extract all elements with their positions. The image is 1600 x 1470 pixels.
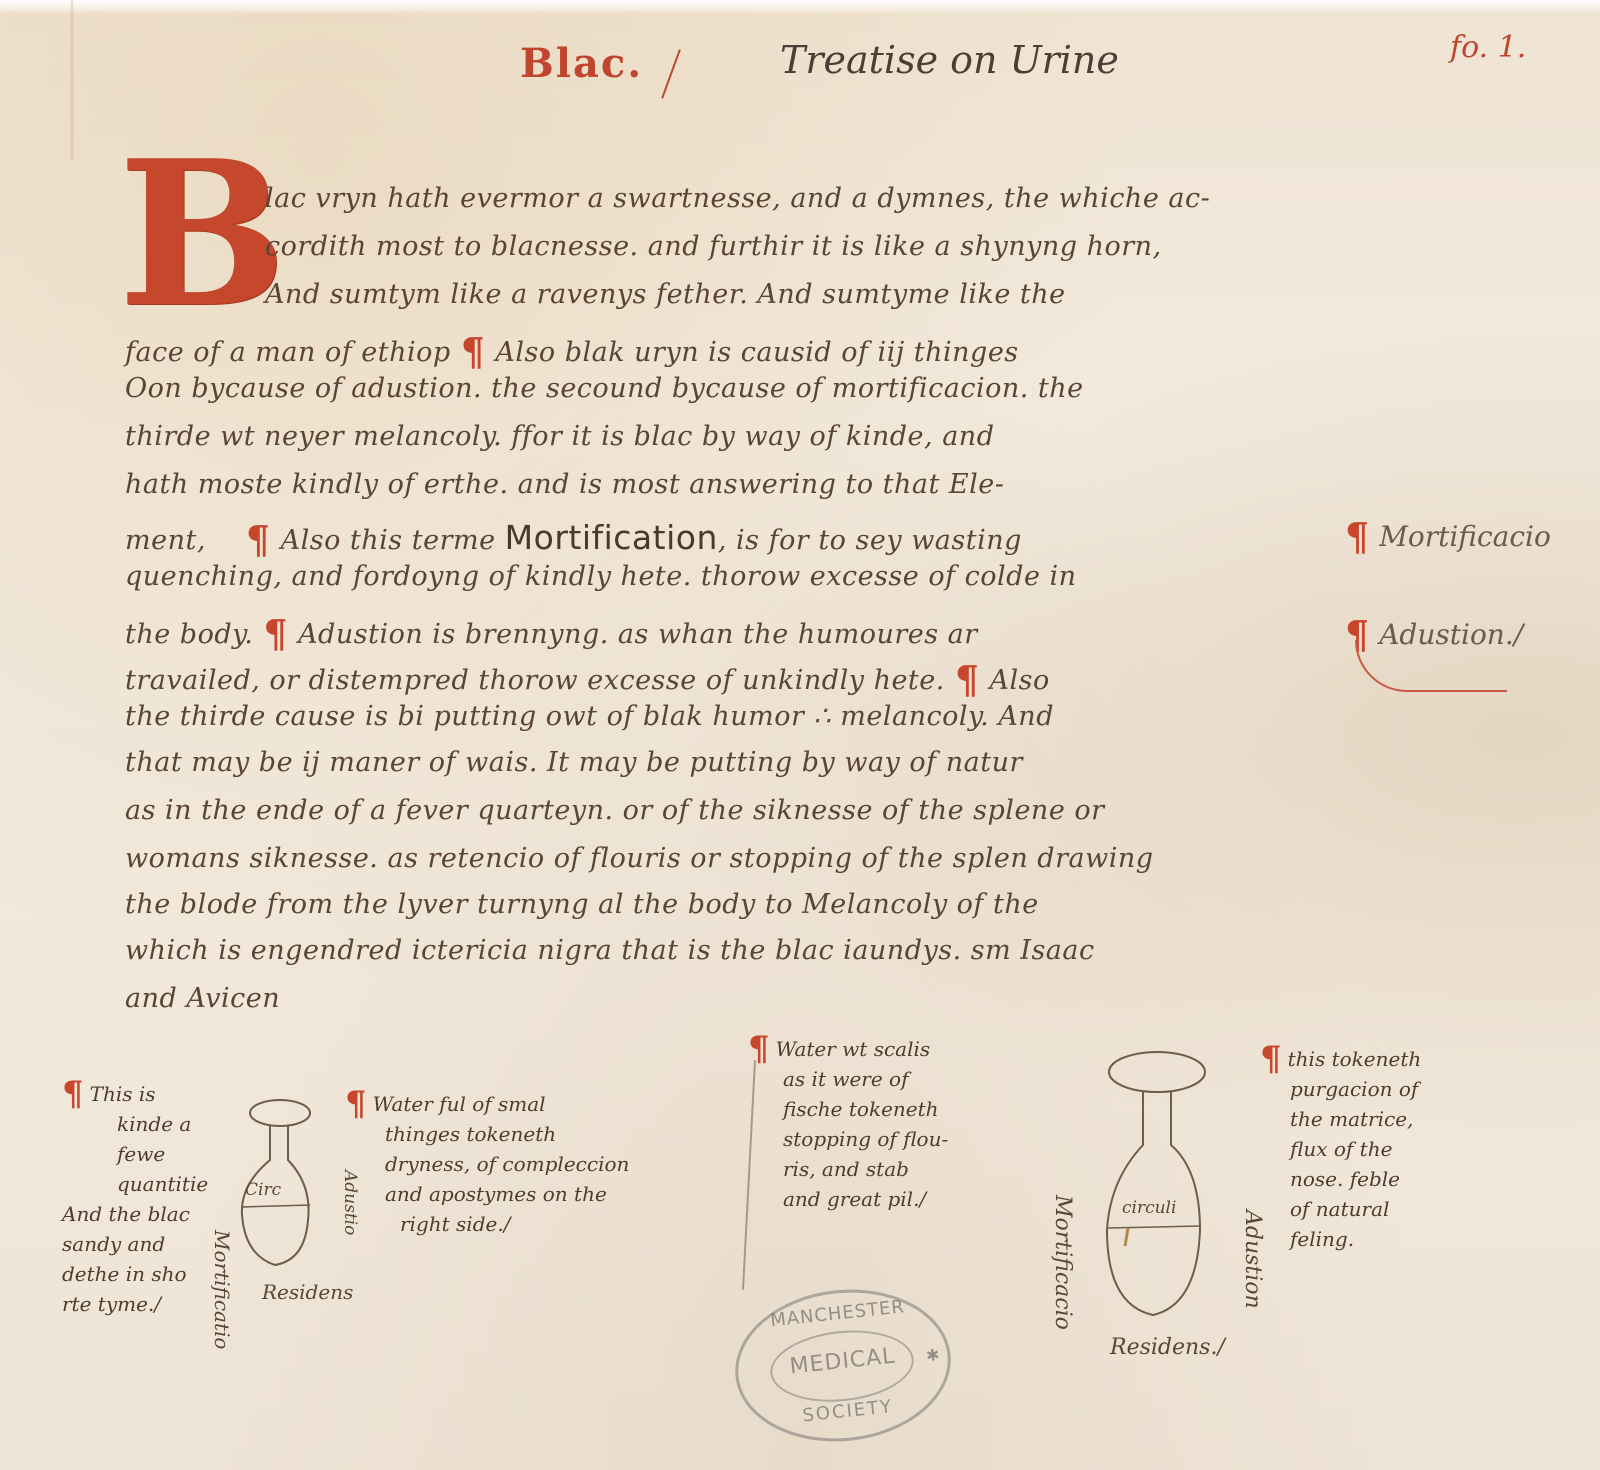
text-line: ment,¶Also this terme Mortification, is … xyxy=(125,513,1022,561)
note-text: kinde a xyxy=(62,1109,208,1139)
note-text: rte tyme./ xyxy=(62,1289,208,1319)
note-text: of natural xyxy=(1260,1194,1421,1224)
text-segment: ment, xyxy=(125,525,206,556)
pilcrow-icon: ¶ xyxy=(955,657,980,702)
text-segment: face of a man of ethiop xyxy=(125,337,451,368)
note-text: ris, and stab xyxy=(748,1154,948,1184)
torn-top-edge xyxy=(0,0,1600,14)
emphasized-term: Mortification xyxy=(505,518,718,557)
text-line: the body.¶Adustion is brennyng. as whan … xyxy=(125,607,978,655)
stamp-text-top: MANCHESTER xyxy=(732,1292,943,1335)
text-line: thirde wt neyer melancoly. ffor it is bl… xyxy=(125,421,994,469)
note-text: and apostymes on the xyxy=(345,1179,629,1209)
note-text: right side./ xyxy=(345,1209,629,1239)
running-title: Blac. xyxy=(520,40,643,87)
note-text: feling. xyxy=(1260,1224,1421,1254)
text-line: face of a man of ethiop¶Also blak uryn i… xyxy=(125,325,1019,373)
note-text: flux of the xyxy=(1260,1134,1421,1164)
text-line: the thirde cause is bi putting owt of bl… xyxy=(125,701,1054,749)
text-line: quenching, and fordoyng of kindly hete. … xyxy=(125,561,1077,609)
note-text: stopping of flou- xyxy=(748,1124,948,1154)
note-text: and great pil./ xyxy=(748,1184,948,1214)
header-divider xyxy=(661,49,681,99)
note-text: the matrice, xyxy=(1260,1104,1421,1134)
pilcrow-icon: ¶ xyxy=(246,517,271,562)
text-line: as in the ende of a fever quarteyn. or o… xyxy=(125,795,1105,843)
text-segment: , is for to sey wasting xyxy=(718,525,1022,556)
note-middle: ¶Water ful of smal thinges tokeneth dryn… xyxy=(345,1085,629,1239)
text-line: hath moste kindly of erthe. and is most … xyxy=(125,469,1004,517)
margin-note-text: Mortificacio xyxy=(1379,520,1551,553)
note-text: And the blac xyxy=(62,1199,208,1229)
folio-number: fo. 1. xyxy=(1450,30,1526,65)
pilcrow-icon: ¶ xyxy=(748,1034,770,1064)
pilcrow-icon: ¶ xyxy=(263,611,288,656)
library-stamp: MANCHESTER MEDICAL SOCIETY ✱ xyxy=(728,1279,959,1452)
vertical-label-mortificacio: Mortificacio xyxy=(1050,1195,1075,1330)
text-segment: Also this terme xyxy=(281,525,496,556)
illuminated-initial: B xyxy=(118,150,278,320)
note-text: dryness, of compleccion xyxy=(345,1149,629,1179)
note-text: nose. feble xyxy=(1260,1164,1421,1194)
text-line: that may be ij maner of wais. It may be … xyxy=(125,747,1023,795)
note-text: as it were of xyxy=(748,1064,948,1094)
urine-flask-diagram-right xyxy=(1095,1050,1215,1330)
text-line: the blode from the lyver turnyng al the … xyxy=(125,889,1039,937)
flask-circle-label: Circ xyxy=(245,1180,281,1200)
note-text: fewe xyxy=(62,1139,208,1169)
note-right: ¶this tokeneth purgacion of the matrice,… xyxy=(1260,1040,1421,1254)
pilcrow-icon: ¶ xyxy=(1260,1044,1282,1074)
star-icon: ✱ xyxy=(925,1345,940,1365)
text-segment: travailed, or distempred thorow excesse … xyxy=(125,665,945,696)
note-text: dethe in sho xyxy=(62,1259,208,1289)
pilcrow-icon: ¶ xyxy=(345,1089,367,1119)
note-text: this tokeneth xyxy=(1288,1047,1422,1071)
text-line: which is engendred ictericia nigra that … xyxy=(125,935,1095,983)
pilcrow-icon: ¶ xyxy=(1345,514,1369,559)
text-segment: Also blak uryn is causid of iij thinges xyxy=(495,337,1018,368)
note-text: fische tokeneth xyxy=(748,1094,948,1124)
note-left: ¶This is kinde a fewe quantitie And the … xyxy=(62,1075,208,1319)
text-line: womans siknesse. as retencio of flouris … xyxy=(125,843,1154,891)
note-text: This is xyxy=(90,1082,156,1106)
note-text: sandy and xyxy=(62,1229,208,1259)
flask-residens-label: Residens./ xyxy=(1110,1335,1225,1360)
flask-circle-label: circuli xyxy=(1122,1198,1176,1218)
page-subtitle: Treatise on Urine xyxy=(780,38,1119,82)
text-segment: Adustion is brennyng. as whan the humour… xyxy=(298,619,978,650)
note-text: Water wt scalis xyxy=(776,1037,931,1061)
text-line: travailed, or distempred thorow excesse … xyxy=(125,653,1050,701)
page-crease xyxy=(70,0,74,160)
note-text: Water ful of smal xyxy=(373,1092,546,1116)
pilcrow-icon: ¶ xyxy=(62,1079,84,1109)
red-flourish xyxy=(1355,640,1507,692)
text-segment: Also xyxy=(990,665,1050,696)
margin-note-mortification: ¶Mortificacio xyxy=(1335,510,1551,555)
flask-residens-label: Residens xyxy=(262,1280,353,1304)
text-line: and Avicen xyxy=(125,983,280,1031)
text-line: lac vryn hath evermor a swartnesse, and … xyxy=(265,183,1210,231)
note-right-middle: ¶Water wt scalis as it were of fische to… xyxy=(748,1030,948,1214)
text-segment: the body. xyxy=(125,619,253,650)
note-text: quantitie xyxy=(62,1169,208,1199)
pilcrow-icon: ¶ xyxy=(461,329,486,374)
text-line: cordith most to blacnesse. and furthir i… xyxy=(265,231,1162,279)
note-text: thinges tokeneth xyxy=(345,1119,629,1149)
text-line: And sumtym like a ravenys fether. And su… xyxy=(265,279,1066,327)
text-line: Oon bycause of adustion. the secound byc… xyxy=(125,373,1084,421)
manuscript-page: Blac. Treatise on Urine fo. 1. B lac vry… xyxy=(0,0,1600,1470)
note-text: purgacion of xyxy=(1260,1074,1421,1104)
